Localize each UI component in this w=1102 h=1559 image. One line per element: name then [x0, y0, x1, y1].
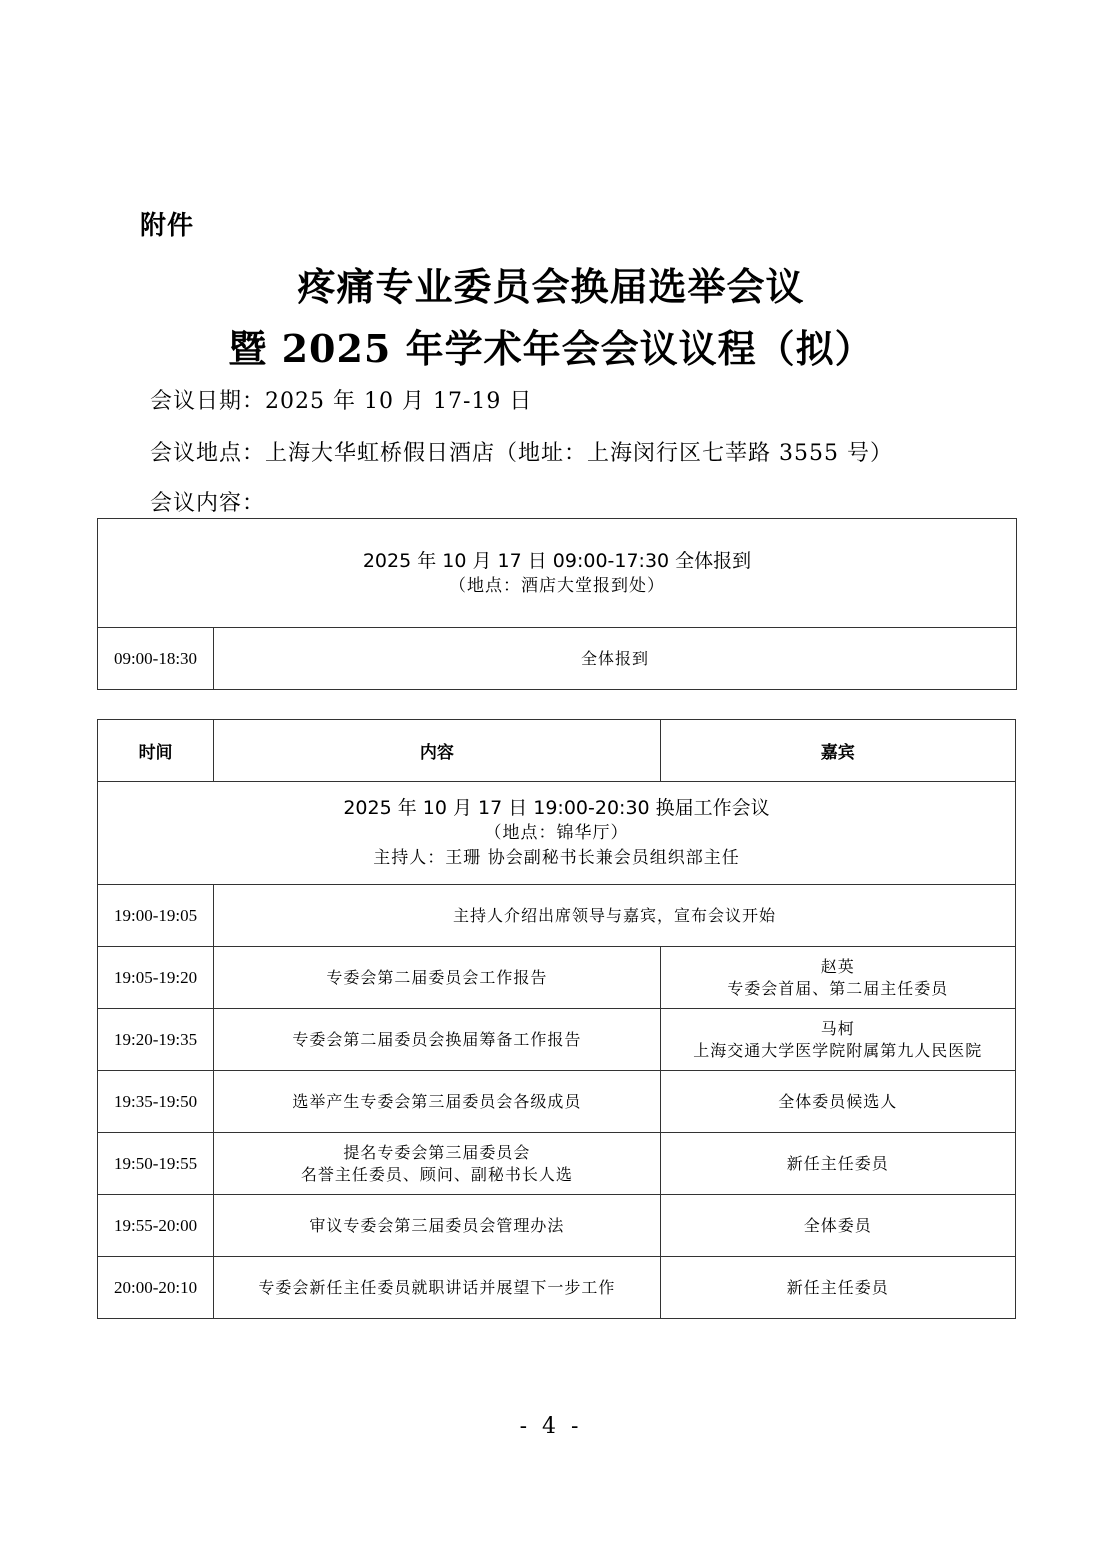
registration-table: 2025 年 10 月 17 日 09:00-17:30 全体报到 （地点：酒店…	[97, 518, 1017, 690]
table-row: 19:55-20:00 审议专委会第三届委员会管理办法 全体委员	[98, 1195, 1016, 1257]
page-number: - 4 -	[0, 1414, 1102, 1439]
row-time: 19:05-19:20	[98, 947, 214, 1009]
table-row: 19:00-19:05 主持人介绍出席领导与嘉宾，宣布会议开始	[98, 885, 1016, 947]
table-row: 19:35-19:50 选举产生专委会第三届委员会各级成员 全体委员候选人	[98, 1071, 1016, 1133]
row-time: 09:00-18:30	[98, 628, 214, 690]
row-time: 19:50-19:55	[98, 1133, 214, 1195]
row-time: 19:55-20:00	[98, 1195, 214, 1257]
page-title-line2: 暨 2025 年学术年会会议议程（拟）	[0, 318, 1102, 373]
guest-name: 赵英	[661, 956, 1015, 978]
row-guest: 全体委员候选人	[660, 1071, 1015, 1133]
row-content: 审议专委会第三届委员会管理办法	[214, 1195, 660, 1257]
table-row: 19:05-19:20 专委会第二届委员会工作报告 赵英 专委会首届、第二届主任…	[98, 947, 1016, 1009]
registration-header-location: （地点：酒店大堂报到处）	[98, 574, 1016, 599]
row-content: 专委会新任主任委员就职讲话并展望下一步工作	[214, 1257, 660, 1319]
guest-title: 上海交通大学医学院附属第九人民医院	[661, 1040, 1015, 1062]
registration-section-header: 2025 年 10 月 17 日 09:00-17:30 全体报到 （地点：酒店…	[98, 519, 1017, 628]
table-row: 20:00-20:10 专委会新任主任委员就职讲话并展望下一步工作 新任主任委员	[98, 1257, 1016, 1319]
meeting-content-label: 会议内容：	[150, 486, 265, 517]
row-time: 19:20-19:35	[98, 1009, 214, 1071]
guest-title: 专委会首届、第二届主任委员	[661, 978, 1015, 1000]
section-header-location: （地点：锦华厅）	[98, 821, 1015, 846]
meeting-date: 会议日期：2025 年 10 月 17-19 日	[150, 384, 532, 415]
row-time: 20:00-20:10	[98, 1257, 214, 1319]
document-page: 附件 疼痛专业委员会换届选举会议 暨 2025 年学术年会会议议程（拟） 会议日…	[0, 0, 1102, 1559]
row-time: 19:00-19:05	[98, 885, 214, 947]
row-content: 主持人介绍出席领导与嘉宾，宣布会议开始	[214, 885, 1016, 947]
column-header-guest: 嘉宾	[660, 720, 1015, 782]
table-header-row: 时间 内容 嘉宾	[98, 720, 1016, 782]
guest-name: 马柯	[661, 1018, 1015, 1040]
row-guest: 马柯 上海交通大学医学院附属第九人民医院	[660, 1009, 1015, 1071]
section-header-host: 主持人：王珊 协会副秘书长兼会员组织部主任	[98, 846, 1015, 871]
row-guest: 全体委员	[660, 1195, 1015, 1257]
table-row: 09:00-18:30 全体报到	[98, 628, 1017, 690]
column-header-content: 内容	[214, 720, 660, 782]
row-content: 选举产生专委会第三届委员会各级成员	[214, 1071, 660, 1133]
row-content: 专委会第二届委员会换届筹备工作报告	[214, 1009, 660, 1071]
row-content: 专委会第二届委员会工作报告	[214, 947, 660, 1009]
row-time: 19:35-19:50	[98, 1071, 214, 1133]
content-line2: 名誉主任委员、顾问、副秘书长人选	[214, 1164, 659, 1186]
column-header-time: 时间	[98, 720, 214, 782]
row-guest: 赵英 专委会首届、第二届主任委员	[660, 947, 1015, 1009]
page-title-line1: 疼痛专业委员会换届选举会议	[0, 256, 1102, 311]
meeting-location: 会议地点：上海大华虹桥假日酒店（地址：上海闵行区七莘路 3555 号）	[150, 436, 893, 467]
row-content: 全体报到	[214, 628, 1017, 690]
agenda-section-header: 2025 年 10 月 17 日 19:00-20:30 换届工作会议 （地点：…	[98, 782, 1016, 885]
table-row: 19:20-19:35 专委会第二届委员会换届筹备工作报告 马柯 上海交通大学医…	[98, 1009, 1016, 1071]
content-line1: 提名专委会第三届委员会	[214, 1142, 659, 1164]
attachment-label: 附件	[140, 205, 194, 242]
row-content: 提名专委会第三届委员会 名誉主任委员、顾问、副秘书长人选	[214, 1133, 660, 1195]
table-row: 19:50-19:55 提名专委会第三届委员会 名誉主任委员、顾问、副秘书长人选…	[98, 1133, 1016, 1195]
registration-header-main: 2025 年 10 月 17 日 09:00-17:30 全体报到	[98, 548, 1016, 574]
agenda-table: 时间 内容 嘉宾 2025 年 10 月 17 日 19:00-20:30 换届…	[97, 719, 1016, 1319]
row-guest: 新任主任委员	[660, 1133, 1015, 1195]
row-guest: 新任主任委员	[660, 1257, 1015, 1319]
section-header-main: 2025 年 10 月 17 日 19:00-20:30 换届工作会议	[98, 795, 1015, 821]
